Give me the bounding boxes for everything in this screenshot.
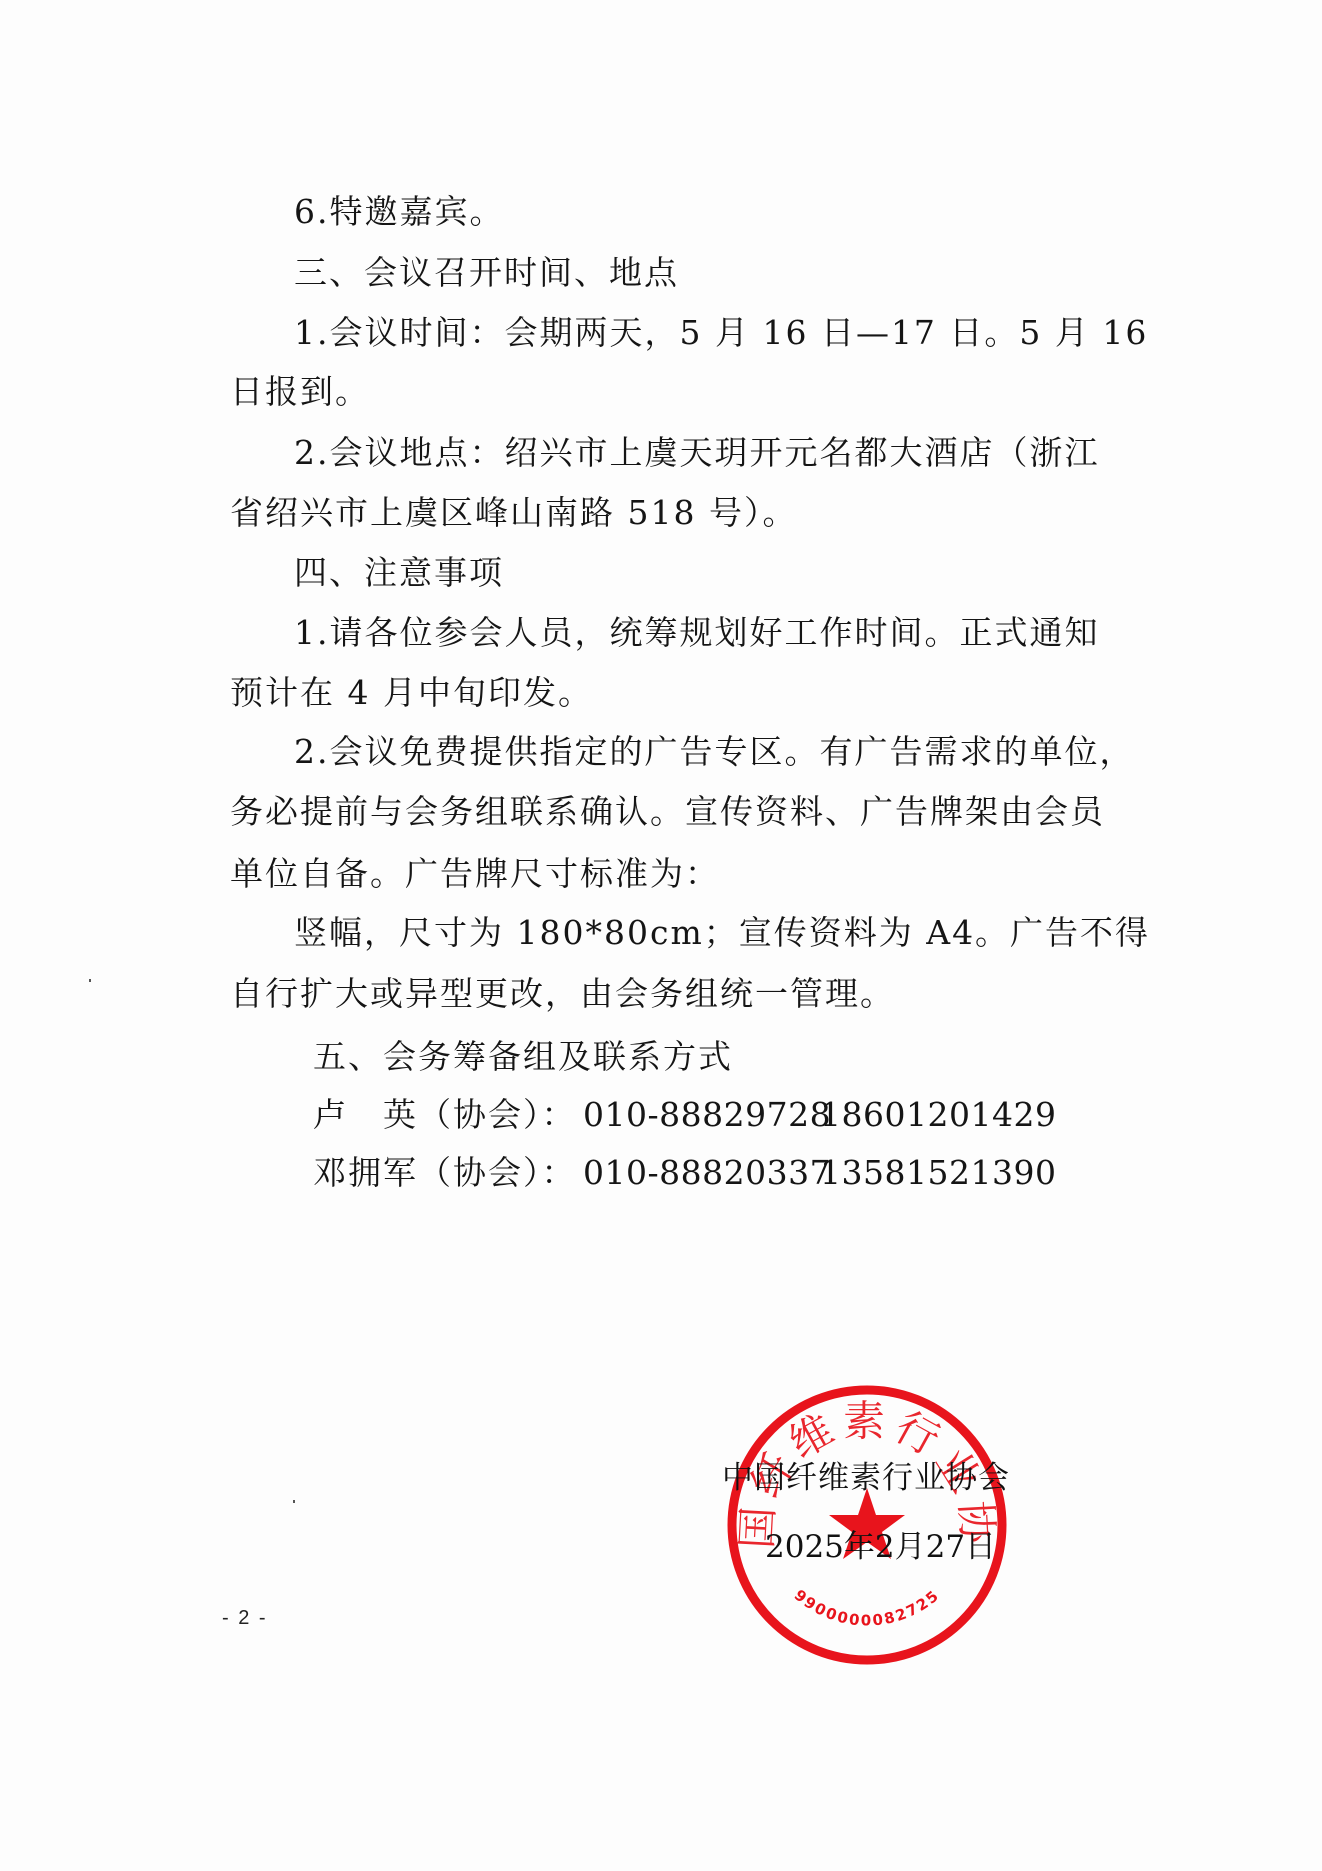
note-2-line-1: 2.会议免费提供指定的广告专区。有广告需求的单位， (294, 732, 1135, 772)
note-1-line-2: 预计在 4 月中旬印发。 (230, 673, 593, 713)
contact-mobile: 18601201429 (820, 1095, 1056, 1135)
meeting-location-line-1: 2.会议地点：绍兴市上虞天玥开元名都大酒店（浙江 (294, 433, 1100, 473)
contact-phone: 010-88829728 (583, 1095, 820, 1135)
seal-serial: 9900000082725 (791, 1586, 943, 1630)
meeting-time-line-1: 1.会议时间：会期两天，5 月 16 日—17 日。5 月 16 (294, 313, 1148, 353)
section-heading-notes: 四、注意事项 (294, 553, 504, 593)
page-number: - 2 - (222, 1607, 268, 1630)
note-3-line-2: 自行扩大或异型更改，由会务组统一管理。 (230, 974, 895, 1014)
contact-name: 卢 英（协会）： (313, 1095, 583, 1135)
meeting-time-line-2: 日报到。 (230, 372, 370, 412)
signature-organization: 中国纤维素行业协会 (722, 1458, 1010, 1498)
section-heading-contacts: 五、会务筹备组及联系方式 (313, 1037, 733, 1077)
meeting-location-line-2: 省绍兴市上虞区峰山南路 518 号）。 (230, 493, 797, 533)
note-3-line-1: 竖幅，尺寸为 180*80cm；宣传资料为 A4。广告不得 (294, 913, 1150, 953)
item-special-guests: 6.特邀嘉宾。 (294, 192, 505, 232)
section-heading-time-location: 三、会议召开时间、地点 (294, 253, 679, 293)
official-seal-icon: 中国纤维素行业协会 9900000082725 (725, 1383, 1009, 1667)
contact-row: 邓拥军（协会）：010-8882033713581521390 (313, 1153, 1056, 1193)
contact-name: 邓拥军（协会）： (313, 1153, 583, 1193)
scan-speck (89, 979, 91, 982)
document-page: 6.特邀嘉宾。 三、会议召开时间、地点 1.会议时间：会期两天，5 月 16 日… (0, 0, 1322, 1871)
contact-phone: 010-88820337 (583, 1153, 820, 1193)
note-2-line-2: 务必提前与会务组联系确认。宣传资料、广告牌架由会员 (230, 792, 1105, 832)
svg-text:9900000082725: 9900000082725 (791, 1586, 943, 1630)
scan-speck (293, 1500, 295, 1503)
note-1-line-1: 1.请各位参会人员，统筹规划好工作时间。正式通知 (294, 613, 1100, 653)
signature-date: 2025年2月27日 (765, 1527, 996, 1567)
contact-mobile: 13581521390 (820, 1153, 1056, 1193)
contact-row: 卢 英（协会）：010-8882972818601201429 (313, 1095, 1056, 1135)
note-2-line-3: 单位自备。广告牌尺寸标准为： (230, 854, 720, 894)
